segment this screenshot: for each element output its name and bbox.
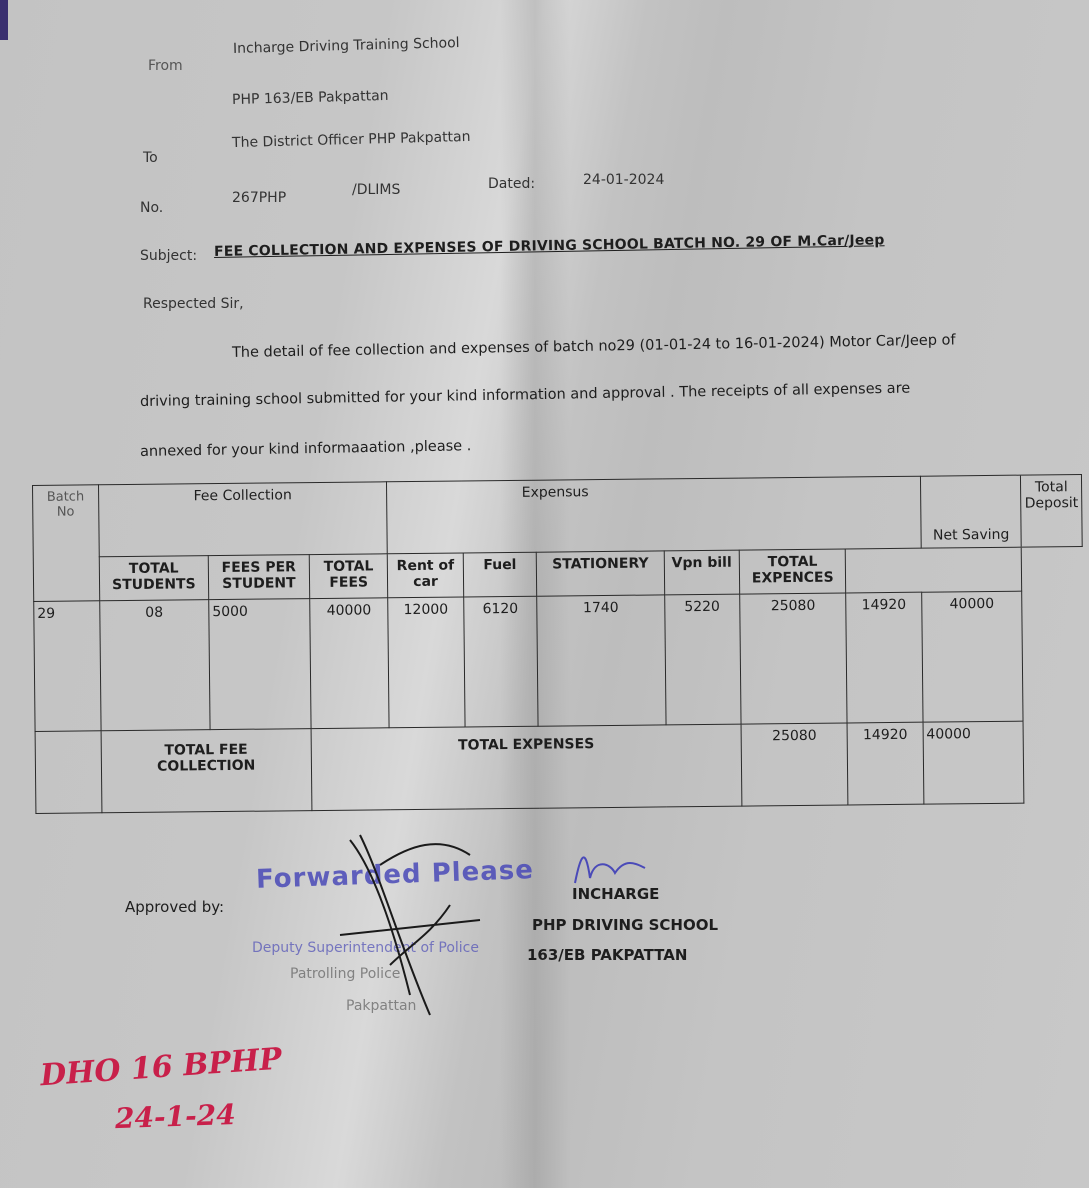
- subheader-total-students: TOTAL STUDENTS: [99, 556, 209, 601]
- total-deposit-value: 40000: [923, 721, 1025, 804]
- cell-empty: [35, 731, 102, 814]
- header-total-deposit: Total Deposit: [1021, 475, 1082, 548]
- cell-total-expences: 25080: [740, 593, 848, 724]
- subheader-total-expences: TOTAL EXPENCES: [739, 549, 846, 594]
- totals-row: TOTAL FEE COLLECTION TOTAL EXPENSES 2508…: [35, 720, 1085, 813]
- dated-value: 24-01-2024: [583, 172, 664, 188]
- cell-fuel: 6120: [463, 596, 538, 727]
- dated-label: Dated:: [488, 176, 535, 192]
- incharge-title: INCHARGE: [572, 885, 659, 903]
- total-expenses-value: 25080: [741, 723, 848, 806]
- incharge-line2: PHP DRIVING SCHOOL: [532, 916, 718, 934]
- fee-expense-table: Batch No Fee Collection Expensus Net Sav…: [32, 474, 1085, 814]
- no-value: 267PHP: [232, 190, 286, 206]
- incharge-signature-icon: [570, 838, 650, 888]
- header-net-saving: Net Saving: [920, 475, 1022, 548]
- body-line1: The detail of fee collection and expense…: [232, 332, 956, 361]
- subheader-stationery: STATIONERY: [537, 551, 665, 596]
- to-label: To: [143, 150, 158, 166]
- total-expenses-label: TOTAL EXPENSES: [311, 724, 742, 811]
- cell-stationery: 1740: [537, 595, 666, 726]
- handwritten-note-line2: 24-1-24: [114, 1098, 236, 1135]
- edge-artifact: [0, 0, 8, 40]
- cell-net-saving: 14920: [846, 592, 923, 723]
- subheader-fees-per-student: FEES PER STUDENT: [208, 555, 309, 600]
- from-line2: PHP 163/EB Pakpattan: [232, 88, 389, 108]
- approved-by-label: Approved by:: [125, 898, 224, 916]
- from-label: From: [148, 58, 183, 74]
- salutation: Respected Sir,: [143, 296, 244, 312]
- subject-label: Subject:: [140, 248, 197, 264]
- subheader-vpn-bill: Vpn bill: [664, 550, 740, 595]
- signature-scribble-icon: [330, 825, 530, 1025]
- from-line1: Incharge Driving Training School: [233, 35, 460, 57]
- cell-total-deposit: 40000: [921, 591, 1023, 722]
- cell-fees-per-student: 5000: [209, 599, 311, 730]
- subheader-rent-of-car: Rent of car: [388, 553, 464, 598]
- incharge-line3: 163/EB PAKPATTAN: [527, 946, 687, 964]
- body-line3: annexed for your kind informaaation ,ple…: [140, 438, 472, 460]
- total-fee-collection-label: TOTAL FEE COLLECTION: [101, 729, 312, 813]
- subheader-fuel: Fuel: [463, 552, 537, 597]
- handwritten-note-line1: DHO 16 BPHP: [39, 1042, 283, 1094]
- cell-total-students: 08: [99, 600, 210, 731]
- subheader-empty: [846, 547, 1022, 593]
- cell-batch-no: 29: [34, 601, 101, 732]
- to-line: The District Officer PHP Pakpattan: [232, 129, 471, 151]
- header-expenses: Expensus: [387, 476, 921, 554]
- total-net-saving-value: 14920: [848, 722, 924, 805]
- dept-code: /DLIMS: [352, 182, 400, 198]
- no-label: No.: [140, 200, 163, 216]
- header-batch-no: Batch No: [33, 485, 100, 602]
- cell-rent-of-car: 12000: [388, 597, 465, 728]
- cell-total-fees: 40000: [310, 598, 390, 729]
- cell-vpn-bill: 5220: [664, 594, 741, 725]
- subheader-total-fees: TOTAL FEES: [309, 554, 388, 599]
- table-row: 29 08 5000 40000 12000 6120 1740 5220 25…: [34, 591, 1084, 732]
- header-fee-collection: Fee Collection: [98, 482, 387, 557]
